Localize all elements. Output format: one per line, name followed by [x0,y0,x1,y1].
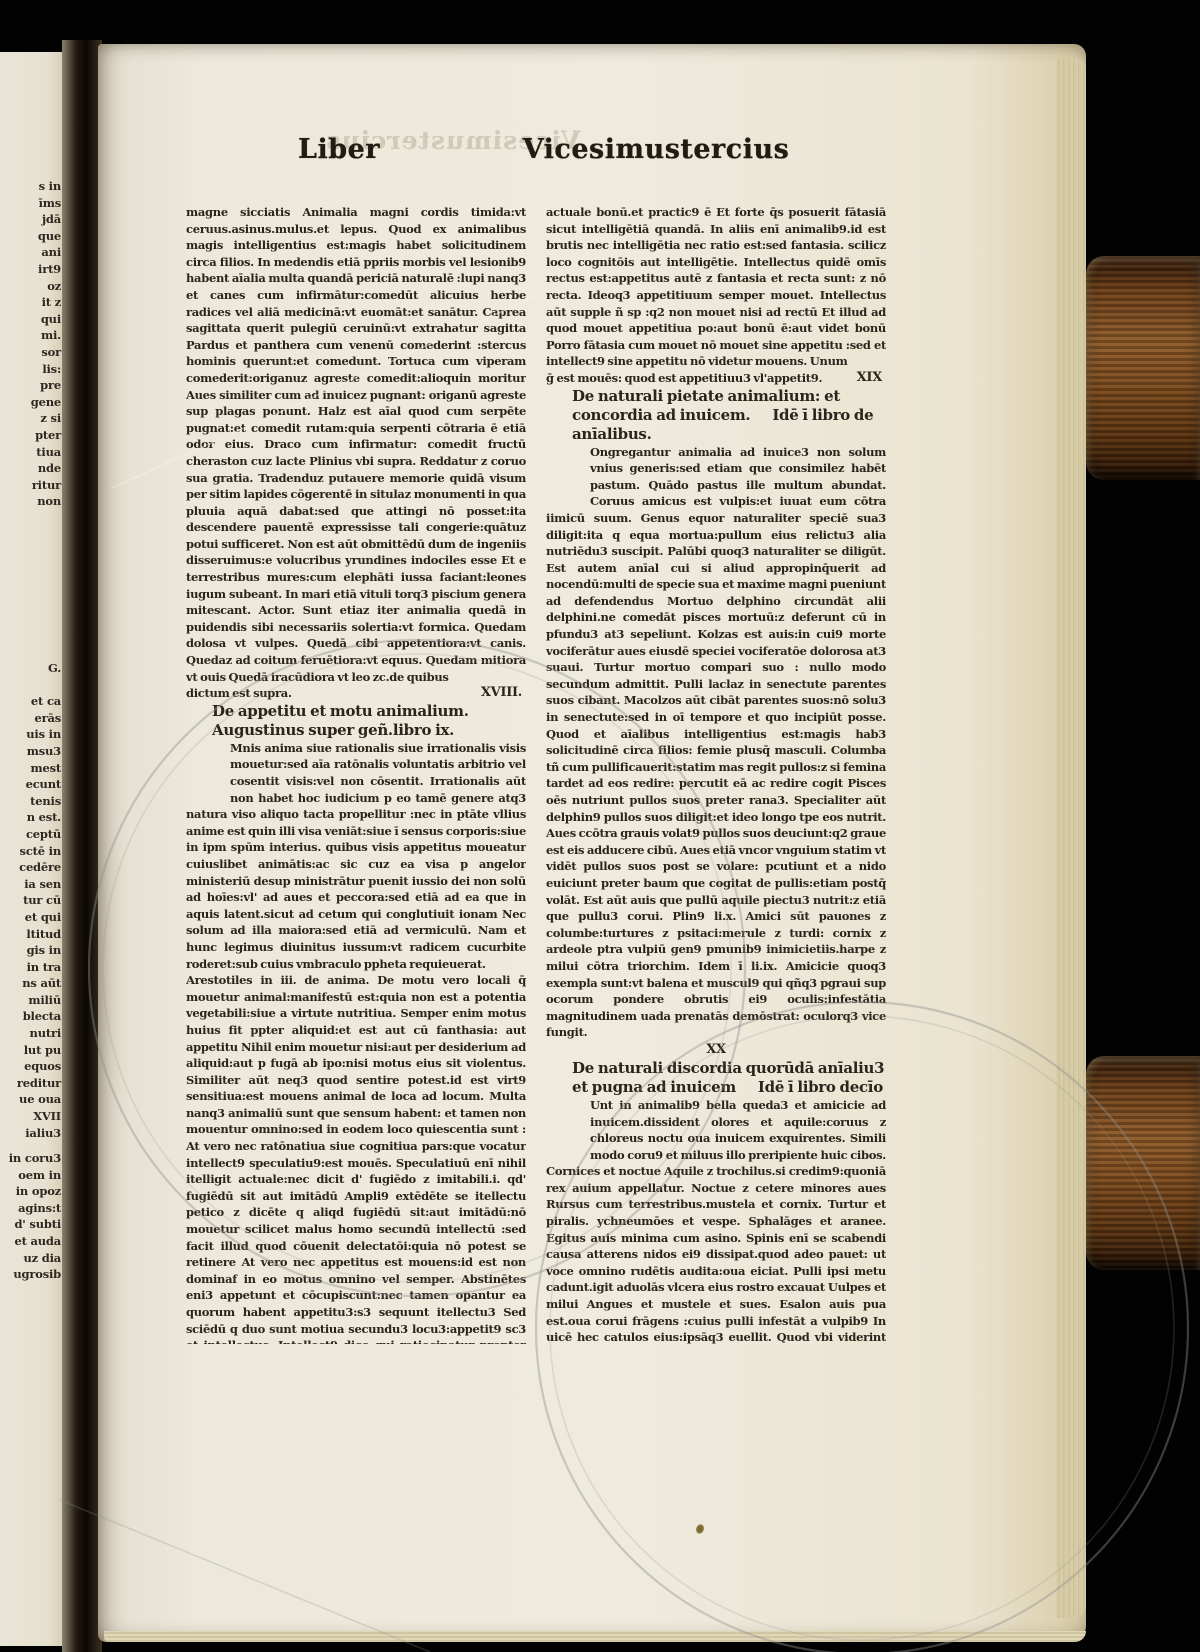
running-head-liber: Liber [244,134,434,165]
chapter-source-xviii: Augustinus super geñ.libro ix. [186,721,526,740]
margin-fragments-bottom: in coru3 oem in in opoz agins:t d' subti… [1,1150,61,1283]
leather-strap-upper [1086,256,1200,480]
facing-page-edge: s in īms jdā que ani irt9 oz it z qui mi… [0,52,66,1646]
gutter-shadow [62,40,102,1652]
section-end-text-right: ḡ est mouēs: quod est appetitiuu3 vl'app… [546,370,822,387]
chapter-heading-xx: De naturali discordia quorūdā anīaliu3 e… [546,1059,886,1097]
running-head-vicesimustercius: Vicesimustercius [506,134,806,165]
bottom-page-edges [104,1631,1086,1642]
section-number-xx: XX [546,1041,886,1059]
paragraph-discordia: Unt in animalib9 bella queda3 et amicici… [546,1097,886,1344]
chapter-heading-xviii: De appetitu et motu animalium. [186,702,526,721]
ink-speck [695,1523,706,1535]
book-page: Vicesimustercius Liber Vicesimustercius … [98,44,1086,1642]
chapter-heading-xix: De naturali pietate animalium: et concor… [546,387,886,444]
initial-space [546,444,590,496]
section-number-xix: XIX [857,370,886,387]
section-number-xviii: XVIII. [481,685,526,702]
margin-fragments-middle: G. et ca erās uis in msu3 mest ecunt ten… [1,660,61,1141]
paragraph-continuation-right: actuale bonū.et practic9 ē Et forte q̄s … [546,204,886,370]
paragraph-augustinus: Mnis anima siue rationalis siue irration… [186,740,526,972]
leather-strap-lower [1086,1056,1200,1270]
photo-of-incunable-page: { "colors": { "background": "#020202", "… [0,0,1200,1652]
paragraph-augustinus-text: Mnis anima siue rationalis siue irration… [186,741,526,971]
fore-edge-pages [1056,58,1086,1618]
paragraph-continuation-left: magne sicciatis Animalia magni cordis ti… [186,204,526,685]
text-column-left: magne sicciatis Animalia magni cordis ti… [186,204,526,1344]
paragraph-congregantur: Ongregantur animalia ad inuice3 non solu… [546,444,886,1041]
section-end-row-xix: ḡ est mouēs: quod est appetitiuu3 vl'app… [546,370,886,387]
section-end-text: dictum est supra. [186,685,292,702]
initial-space [186,740,230,792]
paragraph-congregantur-text: Ongregantur animalia ad inuice3 non solu… [546,445,886,1040]
paragraph-aristotle: Arestotiles in iii. de anima. De motu ve… [186,972,526,1344]
chapter-heading-xx-source: Idē ī libro decīo [758,1078,883,1096]
section-end-row-xviii: dictum est supra. XVIII. [186,685,526,702]
margin-fragments-top: s in īms jdā que ani irt9 oz it z qui mi… [1,178,61,510]
paragraph-discordia-text: Unt in animalib9 bella queda3 et amicici… [546,1098,886,1344]
text-column-right: actuale bonū.et practic9 ē Et forte q̄s … [546,204,886,1344]
initial-space [546,1097,590,1149]
